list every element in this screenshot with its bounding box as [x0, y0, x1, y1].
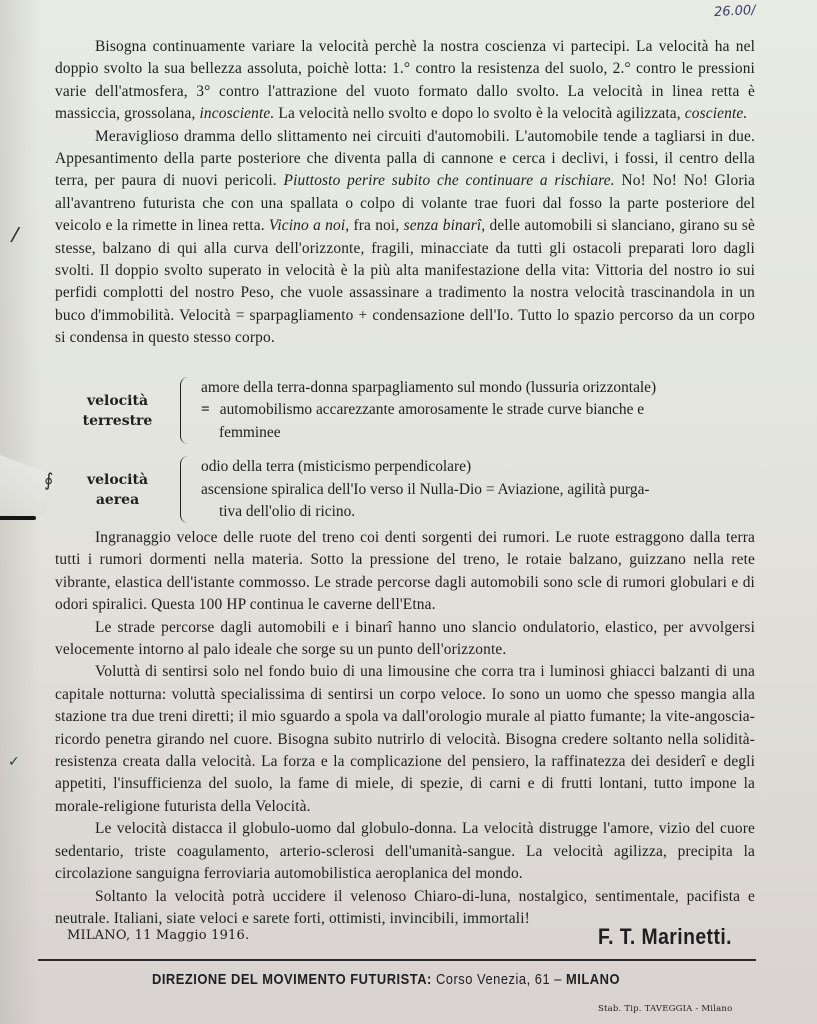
speed-classification-table: velocità terrestre amore della terra-don… — [55, 377, 755, 535]
speed-row-terrestre: velocità terrestre amore della terra-don… — [55, 377, 755, 444]
paragraph-1: Bisogna continuamente variare la velocit… — [55, 36, 755, 126]
speed-row-aerea: velocità aerea odio della terra (mistici… — [55, 456, 755, 523]
brace-icon — [180, 377, 195, 444]
movement-address: DIREZIONE DEL MOVIMENTO FUTURISTA: Corso… — [152, 971, 620, 988]
speed-label-terrestre: velocità terrestre — [55, 391, 180, 431]
author-signature: F. T. Marinetti. — [598, 924, 732, 950]
paragraph-5: Voluttà di sentirsi solo nel fondo buio … — [55, 661, 755, 818]
margin-ink-mark: ∮ — [44, 470, 53, 491]
brace-icon — [180, 456, 195, 523]
speed-definition-aerea: odio della terra (misticismo perpendicol… — [201, 456, 755, 523]
body-text-bottom: Ingranaggio veloce delle ruote del treno… — [55, 527, 755, 930]
paragraph-3: Ingranaggio veloce delle ruote del treno… — [55, 527, 755, 617]
printer-credit: Stab. Tip. TAVEGGIA - Milano — [598, 1004, 732, 1014]
body-text-top: Bisogna continuamente variare la velocit… — [55, 36, 755, 350]
date-line: MILANO, 11 Maggio 1916. — [67, 928, 249, 943]
paragraph-2: Meraviglioso dramma dello slittamento ne… — [55, 126, 755, 350]
footer-divider — [38, 959, 756, 961]
paragraph-6: Le velocità distacca il globulo-uomo dal… — [55, 818, 755, 885]
manifesto-page: 26.00/ / ✓ ∮ Bisogna continuamente varia… — [0, 0, 817, 1024]
paragraph-4: Le strade percorse dagli automobili e i … — [55, 617, 755, 662]
margin-check-mark: ✓ — [8, 754, 20, 770]
handwritten-catalog-note: 26.00/ — [714, 3, 756, 20]
ink-smudge — [0, 516, 36, 520]
speed-definition-terrestre: amore della terra-donna sparpagliamento … — [201, 377, 755, 444]
speed-label-aerea: velocità aerea — [55, 470, 180, 510]
